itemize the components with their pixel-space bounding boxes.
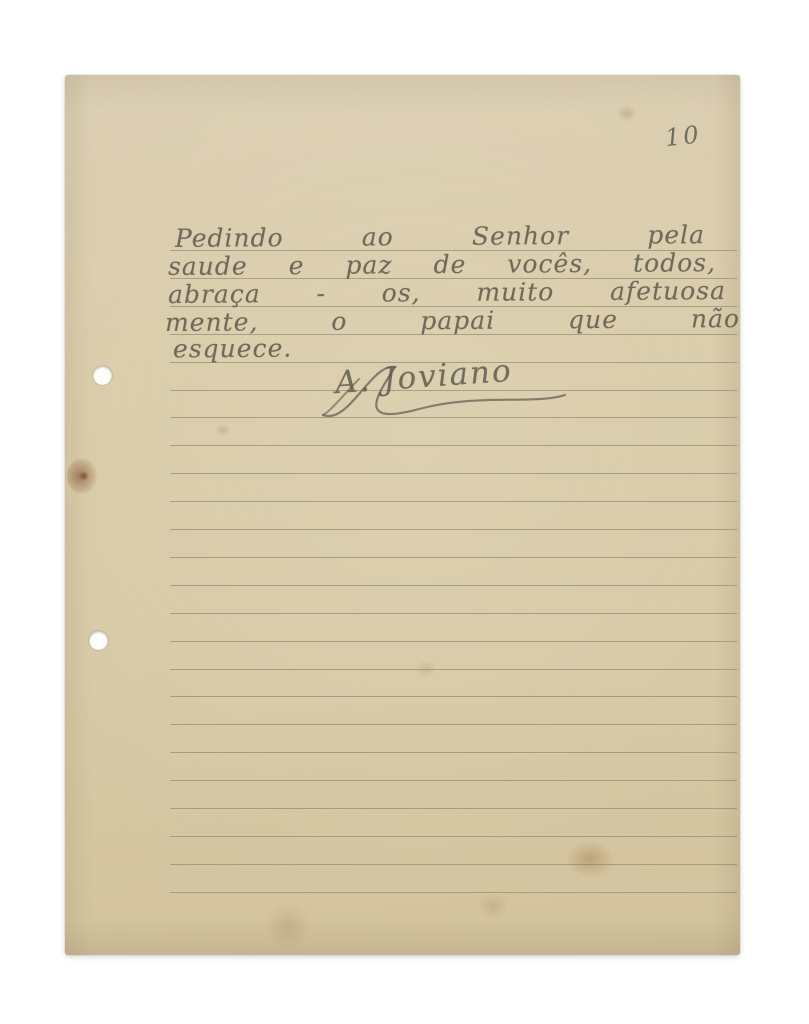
- rule-line: [170, 529, 737, 530]
- rule-line: [170, 557, 737, 558]
- rule-line: [170, 696, 737, 697]
- letter-page: 10 Pedindo ao Senhor pela saude e paz de…: [65, 75, 740, 955]
- signature: A. Joviano: [293, 355, 583, 429]
- rule-line: [170, 808, 737, 809]
- rule-line: [170, 613, 737, 614]
- punch-hole-bottom: [89, 631, 108, 650]
- rule-line: [170, 780, 737, 781]
- rule-line: [170, 641, 737, 642]
- rule-line: [170, 864, 737, 865]
- rule-line: [170, 445, 737, 446]
- rule-line: [170, 669, 737, 670]
- scan-background: 10 Pedindo ao Senhor pela saude e paz de…: [0, 0, 809, 1024]
- rule-line: [170, 585, 737, 586]
- rule-line: [170, 473, 737, 474]
- handwriting-line: esquece.: [173, 334, 292, 365]
- ruled-lines: [65, 75, 740, 955]
- rule-line: [170, 892, 737, 893]
- punch-hole-top: [93, 366, 112, 385]
- rule-line: [170, 836, 737, 837]
- rule-line: [170, 752, 737, 753]
- rule-line: [170, 724, 737, 725]
- rule-line: [170, 501, 737, 502]
